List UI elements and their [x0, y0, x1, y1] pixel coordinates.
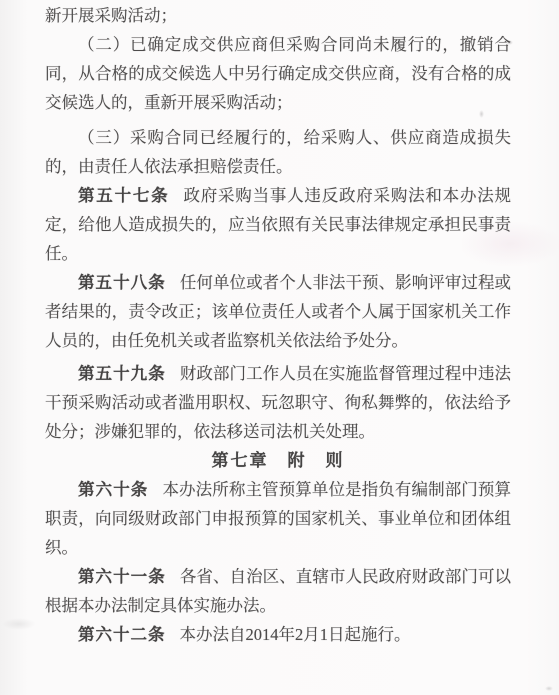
document-body: 新开展采购活动；（二）已确定成交供应商但采购合同尚未履行的，撤销合同，从合格的成… [0, 0, 559, 649]
article-paragraph: 第五十八条任何单位或者个人非法干预、影响评审过程或者结果的，责令改正；该单位责任… [45, 268, 511, 355]
body-paragraph: （二）已确定成交供应商但采购合同尚未履行的，撤销合同，从合格的成交候选人中另行确… [45, 30, 511, 117]
article-paragraph: 第五十七条政府采购当事人违反政府采购法和本办法规定，给他人造成损失的，应当依照有… [45, 181, 511, 268]
article-paragraph: 第五十九条财政部门工作人员在实施监督管理过程中违法干预采购活动或者滥用职权、玩忽… [45, 359, 511, 446]
article-number: 第五十八条 [78, 273, 166, 292]
article-paragraph: 第六十条本办法所称主管预算单位是指负有编制部门预算职责，向同级财政部门申报预算的… [45, 475, 511, 562]
article-number: 第六十二条 [78, 625, 166, 644]
body-paragraph: （三）采购合同已经履行的，给采购人、供应商造成损失的，由责任人依法承担赔偿责任。 [45, 123, 511, 181]
article-number: 第六十一条 [78, 567, 166, 586]
article-text: 本办法自2014年2月1日起施行。 [180, 625, 411, 644]
body-paragraph: 新开展采购活动； [45, 1, 511, 30]
article-number: 第五十九条 [78, 364, 166, 383]
scan-speck [545, 686, 553, 691]
chapter-heading: 第七章 附 则 [45, 446, 511, 475]
article-paragraph: 第六十一条各省、自治区、直辖市人民政府财政部门可以根据本办法制定具体实施办法。 [45, 562, 511, 620]
article-paragraph: 第六十二条本办法自2014年2月1日起施行。 [45, 620, 511, 649]
scanned-document-page: 新开展采购活动；（二）已确定成交供应商但采购合同尚未履行的，撤销合同，从合格的成… [0, 0, 559, 695]
article-number: 第六十条 [78, 480, 148, 499]
article-number: 第五十七条 [78, 186, 169, 205]
